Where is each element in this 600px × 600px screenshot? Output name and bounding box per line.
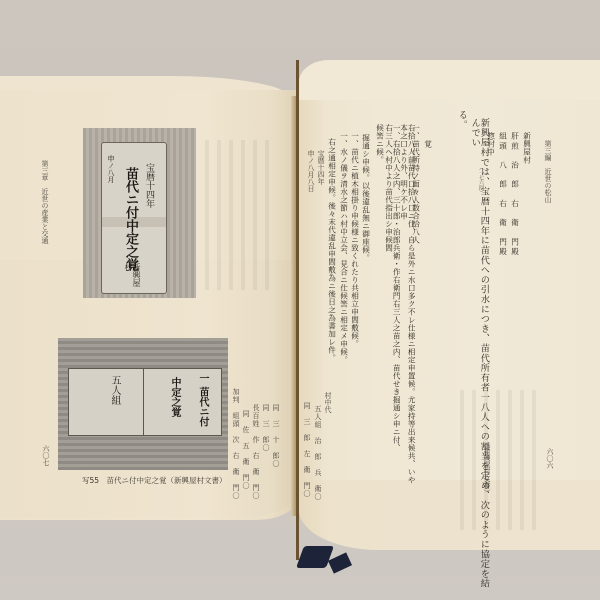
signer-line: 同 三 郎 左 衛 門〇 [303, 402, 310, 498]
right-page-lower [299, 480, 600, 550]
handwriting: 申ノ八月 [107, 155, 114, 183]
figure-caption: 写55 苗代ニ付中定之覚（新興屋村文書） [82, 475, 227, 486]
page-number-left: 六〇七 [42, 445, 49, 466]
addressee: 肝煎 治 郎 右 衛 門殿 [511, 132, 519, 257]
handwriting: 新興屋村 [124, 263, 140, 293]
signature-line: 同 三 郎〇 [262, 404, 269, 452]
figure-document-photo-bottom: 一 苗代ニ付 中定之覚 五人組 [58, 338, 228, 470]
document-scroll: 一 苗代ニ付 中定之覚 五人組 [68, 368, 222, 436]
body-text: る。 [457, 110, 466, 130]
addressee: 新興屋村 [523, 132, 531, 164]
document-title: 覚 [424, 140, 432, 148]
document-paper: 宝暦十四年 苗代ニ付中定之覚 申ノ八月 新興屋村 [101, 142, 167, 294]
figure-document-photo-top: 宝暦十四年 苗代ニ付中定之覚 申ノ八月 新興屋村 [83, 128, 196, 298]
document-line: 一、苗代ニ植木相掛り申候様ニ致くれたり共相立申間敷候。 [351, 132, 359, 348]
document-date: 申ノ八月八日 [307, 150, 314, 192]
show-through-text [205, 140, 275, 290]
document-line: 右拾八人前苗代口拾八口ニ仕、自ら是外ニ水口多ク不レ仕様ニ相定申置候。尤家持等出来… [400, 124, 415, 484]
signature-line: 同 三 十 郎〇 [272, 404, 279, 468]
signature-line: 同 佐 五 衛 門〇 [242, 410, 249, 490]
document-line: 候筈ニ候。 [376, 124, 384, 164]
handwriting: 一 苗代ニ付 [197, 373, 207, 426]
addressee: 組頭 八 郎 右 衛 門殿 [499, 132, 507, 257]
document-line: 一、右拾八人之内、三十郎・治郎兵衛・作右衛門右三人之苗之内、苗代せき掘通シ申ニ付… [385, 124, 400, 454]
bookmark-ribbon [296, 546, 334, 568]
document-line: 一、水ノ儀ヲ清水之節ハ村中立会、見合ニ仕候筈ニ相定メ申候。 [340, 132, 348, 364]
document-date: 宝暦十四年 [317, 150, 324, 185]
signers-header: 村中代 [324, 392, 331, 413]
year-annotation: （一七六四） [478, 165, 483, 195]
handwriting: 中定之覚 [169, 377, 179, 417]
running-head-right: 第三編 近世の松山 [544, 140, 551, 203]
source-citation: （新興屋村文書） [483, 440, 490, 496]
bookmark-ribbon-tail [328, 552, 352, 573]
handwriting: 五人組 [109, 375, 119, 405]
handwriting: 宝暦十四年 [144, 163, 153, 208]
signature-line: 加判 組頭 次 右 衛 門〇 [232, 388, 239, 500]
running-head-left: 第三章 近世の産業と交通 [41, 160, 48, 244]
document-line: 掘通シ申候。以後違乱無ニ御座候。 [362, 134, 370, 262]
handwriting-title: 苗代ニ付中定之覚 [124, 167, 137, 271]
signer-line: 五人組 治 郎 兵 衛〇 [314, 405, 321, 501]
signature-line: 長百姓 作 右 衛 門〇 [252, 404, 259, 500]
document-line: 右之通相定申候。後々末代違乱申間敷為ニ後日之為書加レ件。 [328, 138, 336, 362]
page-number-right: 六〇六 [546, 448, 553, 469]
